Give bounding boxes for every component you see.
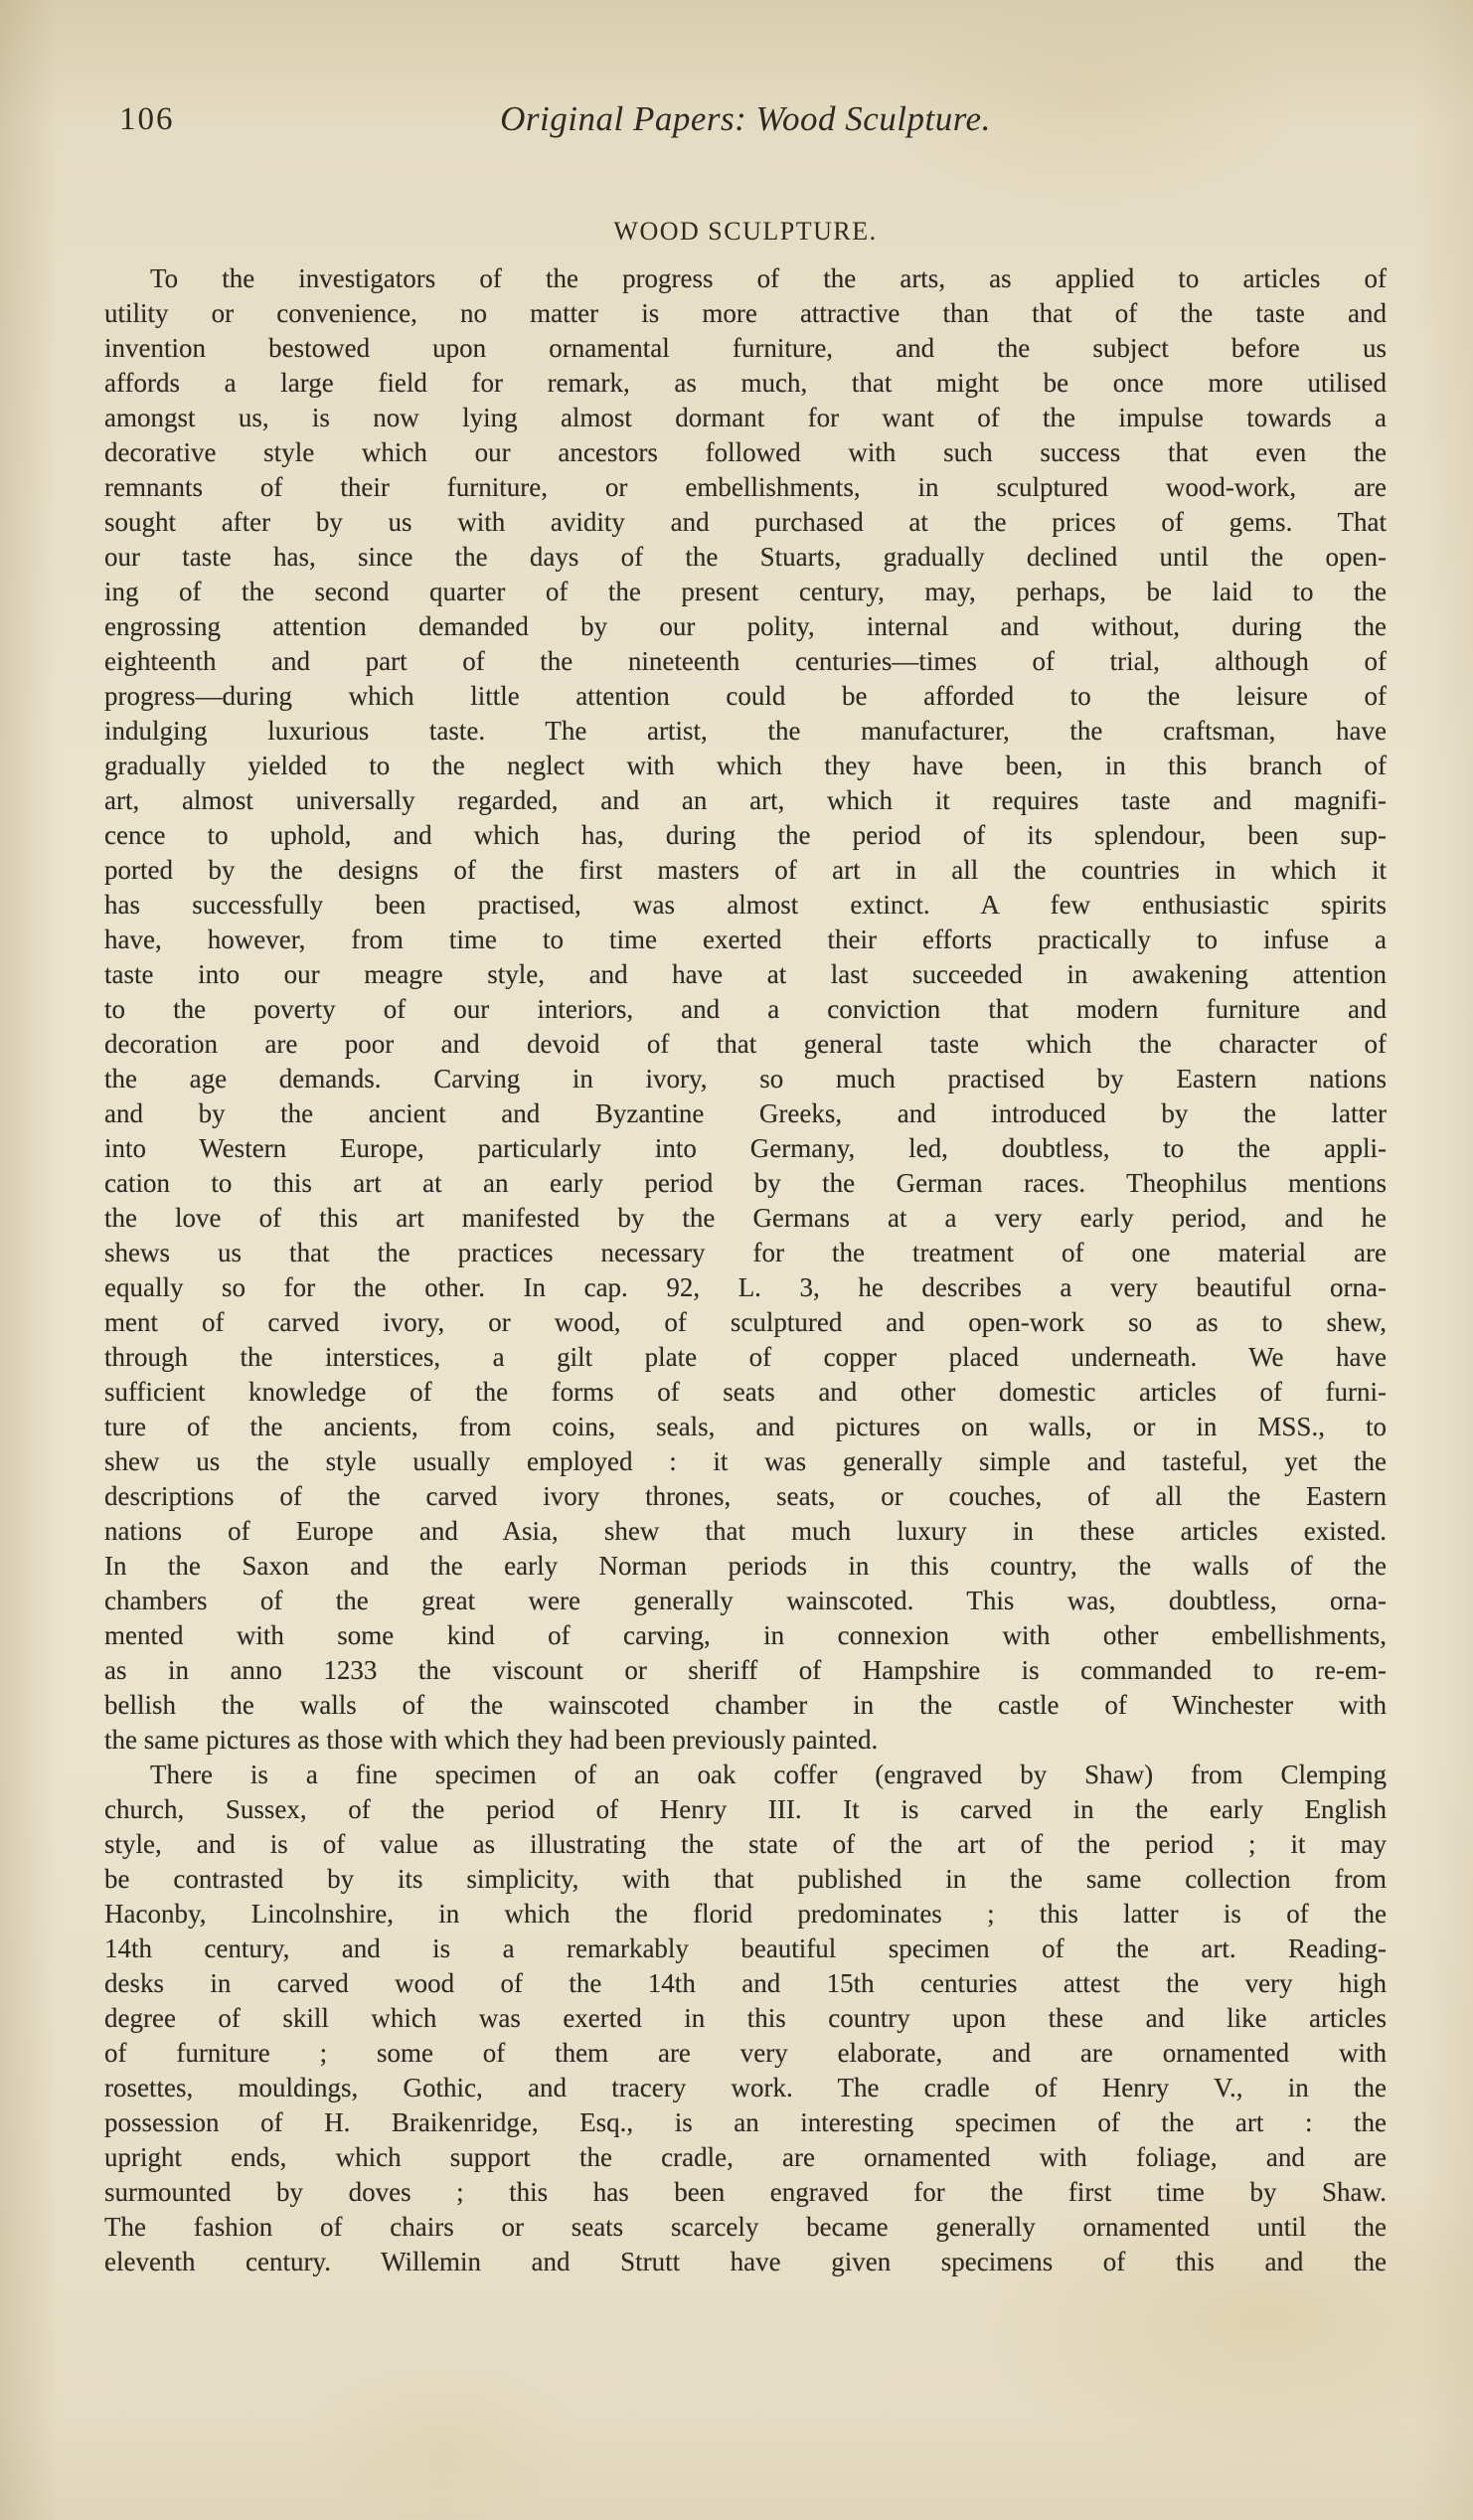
paragraph: There is a fine specimen of an oak coffe… (104, 1758, 1387, 2279)
text-line: decoration are poor and devoid of that g… (104, 1027, 1387, 1062)
text-line: have, however, from time to time exerted… (104, 923, 1387, 957)
text-line: bellish the walls of the wainscoted cham… (104, 1688, 1387, 1723)
text-line: indulging luxurious taste. The artist, t… (104, 714, 1387, 749)
running-head: Original Papers: Wood Sculpture. (104, 99, 1387, 139)
text-line: shew us the style usually employed : it … (104, 1444, 1387, 1479)
text-line: equally so for the other. In cap. 92, L.… (104, 1270, 1387, 1305)
text-line: upright ends, which support the cradle, … (104, 2140, 1387, 2175)
text-line: the love of this art manifested by the G… (104, 1201, 1387, 1236)
text-line: into Western Europe, particularly into G… (104, 1131, 1387, 1166)
text-line: be contrasted by its simplicity, with th… (104, 1862, 1387, 1897)
text-line: and by the ancient and Byzantine Greeks,… (104, 1096, 1387, 1131)
text-line: descriptions of the carved ivory thrones… (104, 1479, 1387, 1514)
text-line: surmounted by doves ; this has been engr… (104, 2175, 1387, 2210)
text-line: eighteenth and part of the nineteenth ce… (104, 644, 1387, 679)
body-text: To the investigators of the progress of … (104, 261, 1387, 2279)
text-line: ture of the ancients, from coins, seals,… (104, 1410, 1387, 1444)
text-line: gradually yielded to the neglect with wh… (104, 749, 1387, 783)
text-line: church, Sussex, of the period of Henry I… (104, 1792, 1387, 1827)
text-line: ment of carved ivory, or wood, of sculpt… (104, 1305, 1387, 1340)
text-line: progress—during which little attention c… (104, 679, 1387, 714)
text-line: cence to uphold, and which has, during t… (104, 818, 1387, 853)
text-line: affords a large field for remark, as muc… (104, 366, 1387, 401)
text-line: amongst us, is now lying almost dormant … (104, 401, 1387, 435)
text-line: degree of skill which was exerted in thi… (104, 2001, 1387, 2036)
text-line: 14th century, and is a remarkably beauti… (104, 1932, 1387, 1966)
text-line: taste into our meagre style, and have at… (104, 957, 1387, 992)
text-line: invention bestowed upon ornamental furni… (104, 331, 1387, 366)
text-line: nations of Europe and Asia, shew that mu… (104, 1514, 1387, 1549)
text-line: ing of the second quarter of the present… (104, 575, 1387, 609)
text-line: To the investigators of the progress of … (104, 261, 1387, 296)
text-line: ported by the designs of the first maste… (104, 853, 1387, 888)
text-line: In the Saxon and the early Norman period… (104, 1549, 1387, 1584)
text-line: has successfully been practised, was alm… (104, 888, 1387, 923)
text-line: sought after by us with avidity and purc… (104, 505, 1387, 540)
text-line: the same pictures as those with which th… (104, 1723, 1387, 1758)
text-line: decorative style which our ancestors fol… (104, 435, 1387, 470)
section-heading: WOOD SCULPTURE. (104, 217, 1387, 247)
book-page: 106 Original Papers: Wood Sculpture. WOO… (0, 0, 1473, 2520)
text-line: desks in carved wood of the 14th and 15t… (104, 1966, 1387, 2001)
text-line: of furniture ; some of them are very ela… (104, 2036, 1387, 2071)
text-line: utility or convenience, no matter is mor… (104, 296, 1387, 331)
text-line: shews us that the practices necessary fo… (104, 1236, 1387, 1270)
text-line: possession of H. Braikenridge, Esq., is … (104, 2105, 1387, 2140)
page-header: 106 Original Papers: Wood Sculpture. (104, 99, 1387, 147)
text-line: cation to this art at an early period by… (104, 1166, 1387, 1201)
paragraph: To the investigators of the progress of … (104, 261, 1387, 1758)
text-line: mented with some kind of carving, in con… (104, 1618, 1387, 1653)
text-line: sufficient knowledge of the forms of sea… (104, 1375, 1387, 1410)
text-line: to the poverty of our interiors, and a c… (104, 992, 1387, 1027)
text-line: rosettes, mouldings, Gothic, and tracery… (104, 2071, 1387, 2105)
text-line: the age demands. Carving in ivory, so mu… (104, 1062, 1387, 1096)
text-line: engrossing attention demanded by our pol… (104, 609, 1387, 644)
text-line: art, almost universally regarded, and an… (104, 783, 1387, 818)
text-line: our taste has, since the days of the Stu… (104, 540, 1387, 575)
text-line: through the interstices, a gilt plate of… (104, 1340, 1387, 1375)
text-line: eleventh century. Willemin and Strutt ha… (104, 2245, 1387, 2279)
text-line: chambers of the great were generally wai… (104, 1584, 1387, 1618)
text-line: style, and is of value as illustrating t… (104, 1827, 1387, 1862)
text-line: The fashion of chairs or seats scarcely … (104, 2210, 1387, 2245)
text-line: There is a fine specimen of an oak coffe… (104, 1758, 1387, 1792)
text-line: Haconby, Lincolnshire, in which the flor… (104, 1897, 1387, 1932)
text-line: as in anno 1233 the viscount or sheriff … (104, 1653, 1387, 1688)
text-line: remnants of their furniture, or embellis… (104, 470, 1387, 505)
